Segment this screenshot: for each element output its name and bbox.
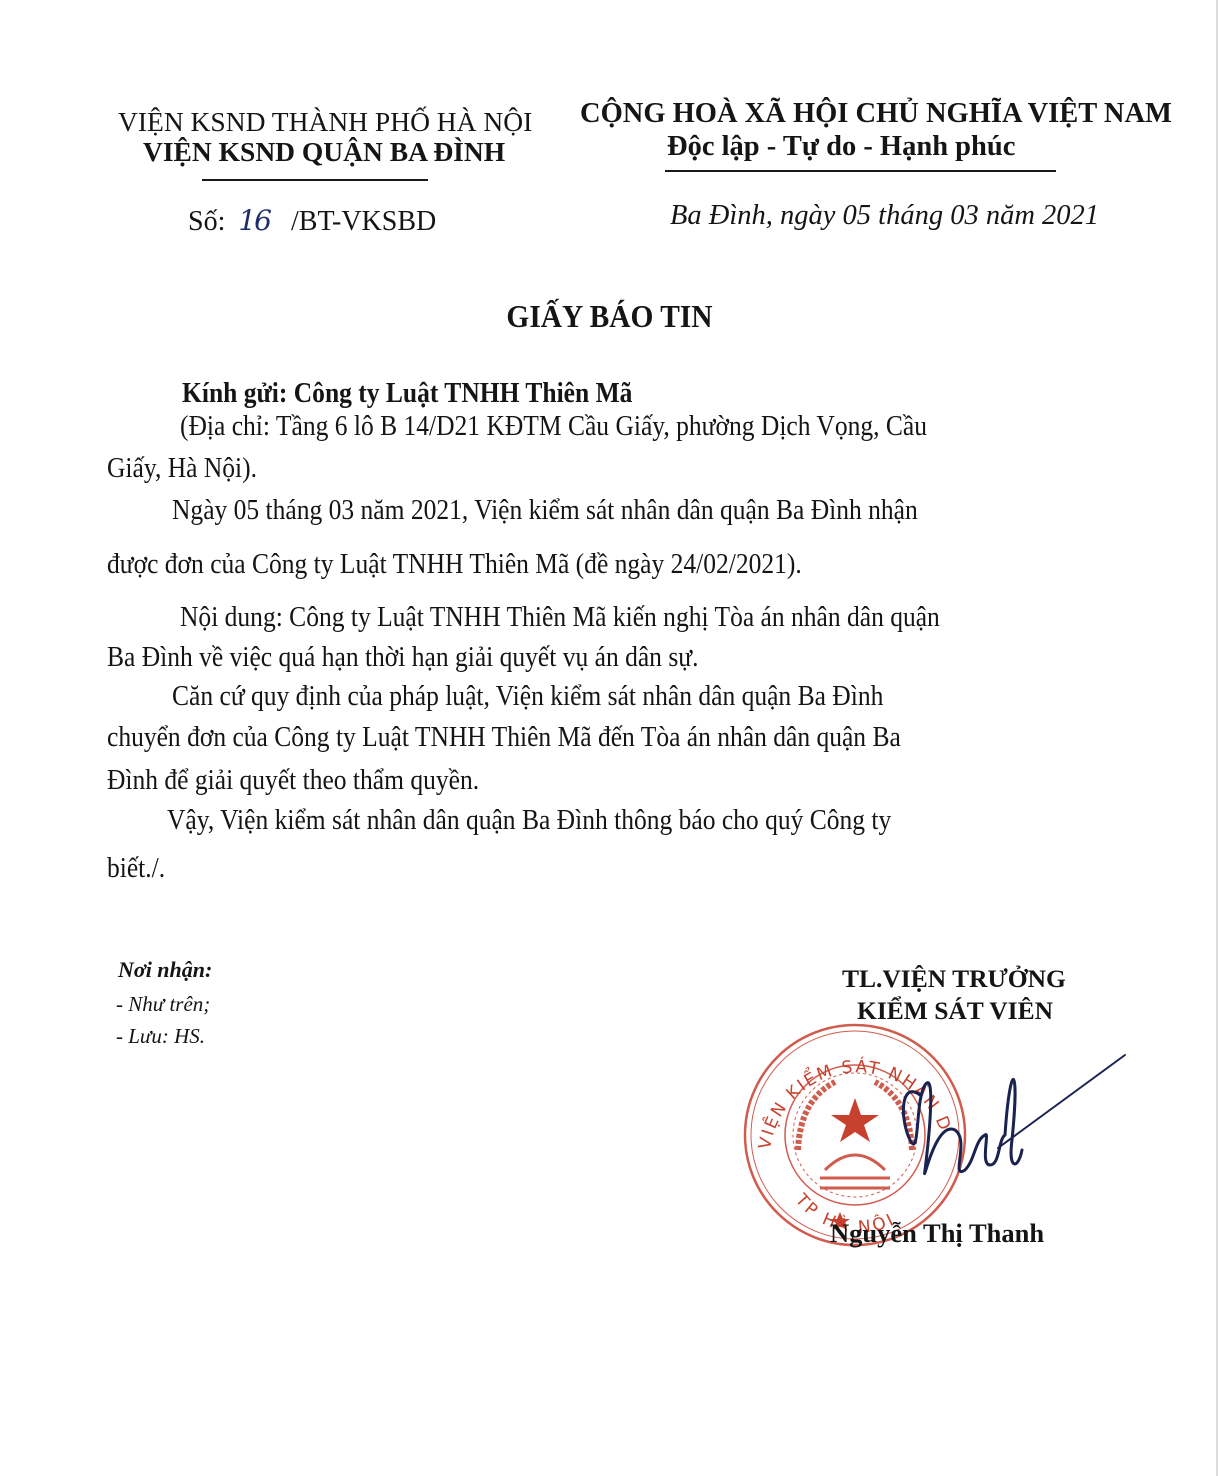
paragraph-2-line-1: Nội dung: Công ty Luật TNHH Thiên Mã kiế… bbox=[180, 601, 940, 634]
page-edge-shadow bbox=[1216, 0, 1218, 1476]
agency-name: VIỆN KSND QUẬN BA ĐÌNH bbox=[143, 136, 505, 168]
paragraph-4-line-2: biết./. bbox=[107, 852, 165, 885]
address-line-2: Giấy, Hà Nội). bbox=[107, 452, 257, 485]
doc-number-handwritten: 16 bbox=[238, 204, 270, 237]
place-date: Ba Đình, ngày 05 tháng 03 năm 2021 bbox=[670, 200, 1099, 232]
document-title: GIẤY BÁO TIN bbox=[49, 298, 1170, 335]
document-number: Số: 16 /BT-VKSBD bbox=[188, 204, 436, 238]
national-title: CỘNG HOÀ XÃ HỘI CHỦ NGHĨA VIỆT NAM bbox=[580, 98, 1172, 130]
doc-number-label: Số: bbox=[188, 206, 225, 237]
motto-underline bbox=[665, 170, 1056, 172]
signature-role: KIỂM SÁT VIÊN bbox=[857, 996, 1053, 1026]
agency-parent: VIỆN KSND THÀNH PHỐ HÀ NỘI bbox=[118, 106, 532, 138]
paragraph-3-line-2: chuyển đơn của Công ty Luật TNHH Thiên M… bbox=[107, 721, 901, 754]
paragraph-1-line-2: được đơn của Công ty Luật TNHH Thiên Mã … bbox=[107, 548, 802, 581]
recipients-item: - Lưu: HS. bbox=[116, 1024, 205, 1049]
paragraph-1-line-1: Ngày 05 tháng 03 năm 2021, Viện kiểm sát… bbox=[172, 494, 918, 527]
recipients-item: - Như trên; bbox=[116, 992, 210, 1017]
recipients-label: Nơi nhận: bbox=[118, 957, 212, 983]
recipient-line: Kính gửi: Công ty Luật TNHH Thiên Mã bbox=[182, 377, 632, 410]
signature-title: TL.VIỆN TRƯỞNG bbox=[842, 964, 1066, 994]
address-line-1: (Địa chỉ: Tầng 6 lô B 14/D21 KĐTM Cầu Gi… bbox=[180, 410, 927, 443]
handwritten-signature-icon bbox=[880, 1040, 1130, 1220]
paragraph-4-line-1: Vậy, Viện kiểm sát nhân dân quận Ba Đình… bbox=[167, 804, 891, 837]
document-page: VIỆN KSND THÀNH PHỐ HÀ NỘI VIỆN KSND QUẬ… bbox=[0, 0, 1219, 1476]
paragraph-2-line-2: Ba Đình về việc quá hạn thời hạn giải qu… bbox=[107, 641, 698, 674]
paragraph-3-line-1: Căn cứ quy định của pháp luật, Viện kiểm… bbox=[172, 680, 883, 713]
paragraph-3-line-3: Đình để giải quyết theo thẩm quyền. bbox=[107, 764, 479, 797]
doc-number-suffix: /BT-VKSBD bbox=[291, 206, 436, 237]
signer-name: Nguyễn Thị Thanh bbox=[830, 1218, 1044, 1249]
national-motto: Độc lập - Tự do - Hạnh phúc bbox=[667, 131, 1015, 163]
agency-underline bbox=[202, 179, 428, 181]
